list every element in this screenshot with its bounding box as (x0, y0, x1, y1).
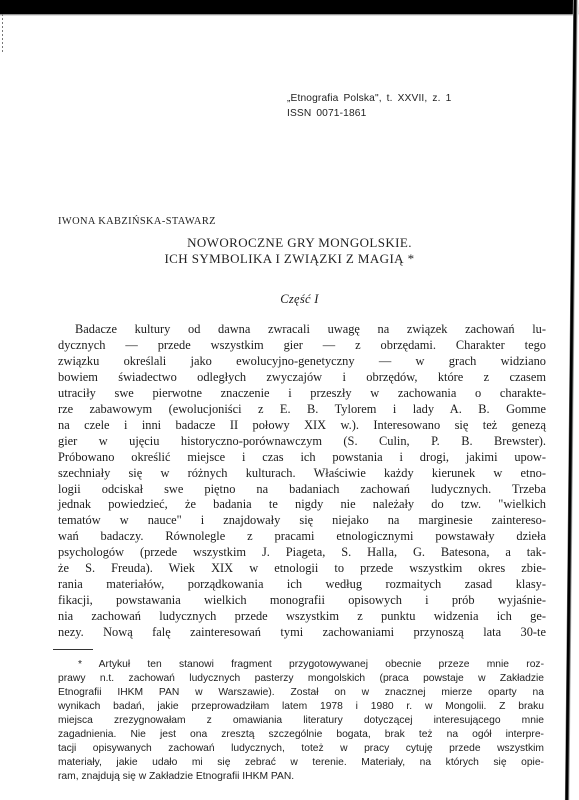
footnote: * Artykuł ten stanowi fragment przygotow… (58, 658, 544, 784)
body-line: rze zabawowym (ewolucjoniści z E. B. Tyl… (58, 402, 546, 418)
footnote-line: Etnografii IHKM PAN w Warszawie). Został… (58, 686, 544, 700)
body-line: że S. Freuda). Wiek XIX w etnologii to p… (58, 561, 546, 577)
footnote-line: miejsca zrezygnowałam z omawiania litera… (58, 714, 544, 728)
body-line: Badacze kultury od dawna zwracali uwagę … (58, 322, 546, 338)
footnote-line: prawy n.t. zachowań ludycznych pasterzy … (58, 672, 544, 686)
body-line: tematów w nauce" i znajdowały się niejak… (58, 513, 546, 529)
scan-border-right (565, 0, 579, 800)
body-line: nia zachowań ludycznych przede wszystkim… (58, 609, 546, 625)
footnote-separator (53, 649, 93, 650)
body-line: psychologów (przede wszystkim J. Piageta… (58, 545, 546, 561)
scan-border-top (0, 0, 579, 14)
footnote-line: ram, znajdują się w Zakładzie Etnografii… (58, 770, 544, 784)
body-line: wań badaczy. Równolegle z pracami etnolo… (58, 529, 546, 545)
body-line: fikacji, powstawania wielkich monografii… (58, 593, 546, 609)
citation-issn: ISSN 0071-1861 (287, 106, 451, 121)
body-line: jednak powiedzieć, że badania te nigdy n… (58, 497, 546, 513)
footnote-line: tacji opisywanych zachowań ludycznych, t… (58, 742, 544, 756)
body-paragraph: Badacze kultury od dawna zwracali uwagę … (58, 322, 546, 641)
body-line: gier w ujęciu historyczno-porównawczym (… (58, 434, 546, 450)
body-line: utraciły swe pierwotne znaczenie i przes… (58, 386, 546, 402)
body-line: nezy. Nową falę zainteresowań tymi zacho… (58, 625, 546, 641)
footnote-line: materiały, jakie udało mi się zebrać w t… (58, 756, 544, 770)
journal-citation: „Etnografia Polska", t. XXVII, z. 1 ISSN… (287, 91, 451, 121)
body-line: na czele i inni badacze II połowy XIX w.… (58, 418, 546, 434)
body-line: logii odciskał swe piętno na badaniach z… (58, 482, 546, 498)
body-line: bowiem świadectwo odległych zwyczajów i … (58, 370, 546, 386)
body-line: dycznych — przede wszystkim gier — z obr… (58, 338, 546, 354)
citation-journal: „Etnografia Polska", t. XXVII, z. 1 (287, 91, 451, 106)
body-line: Próbowano określić miejsce i czas ich po… (58, 450, 546, 466)
title-line-1: NOWOROCZNE GRY MONGOLSKIE. (0, 235, 579, 251)
article-title: NOWOROCZNE GRY MONGOLSKIE. ICH SYMBOLIKA… (0, 235, 579, 267)
footnote-line: zagadnienia. Nie jest ona zresztą szczeg… (58, 728, 544, 742)
body-line: związku określali jako ewolucyjno-genety… (58, 354, 546, 370)
body-line: rania materiałów, porządkowania ich wedł… (58, 577, 546, 593)
body-line: szechniały się w różnych kulturach. Właś… (58, 466, 546, 482)
footnote-line: * Artykuł ten stanowi fragment przygotow… (58, 658, 544, 672)
scan-border-left (2, 14, 3, 54)
title-line-2: ICH SYMBOLIKA I ZWIĄZKI Z MAGIĄ * (0, 251, 579, 267)
section-heading: Część I (0, 292, 579, 307)
author-name: IWONA KABZIŃSKA-STAWARZ (58, 216, 216, 227)
footnote-line: wynikach badań, jakie przeprowadziłam la… (58, 700, 544, 714)
